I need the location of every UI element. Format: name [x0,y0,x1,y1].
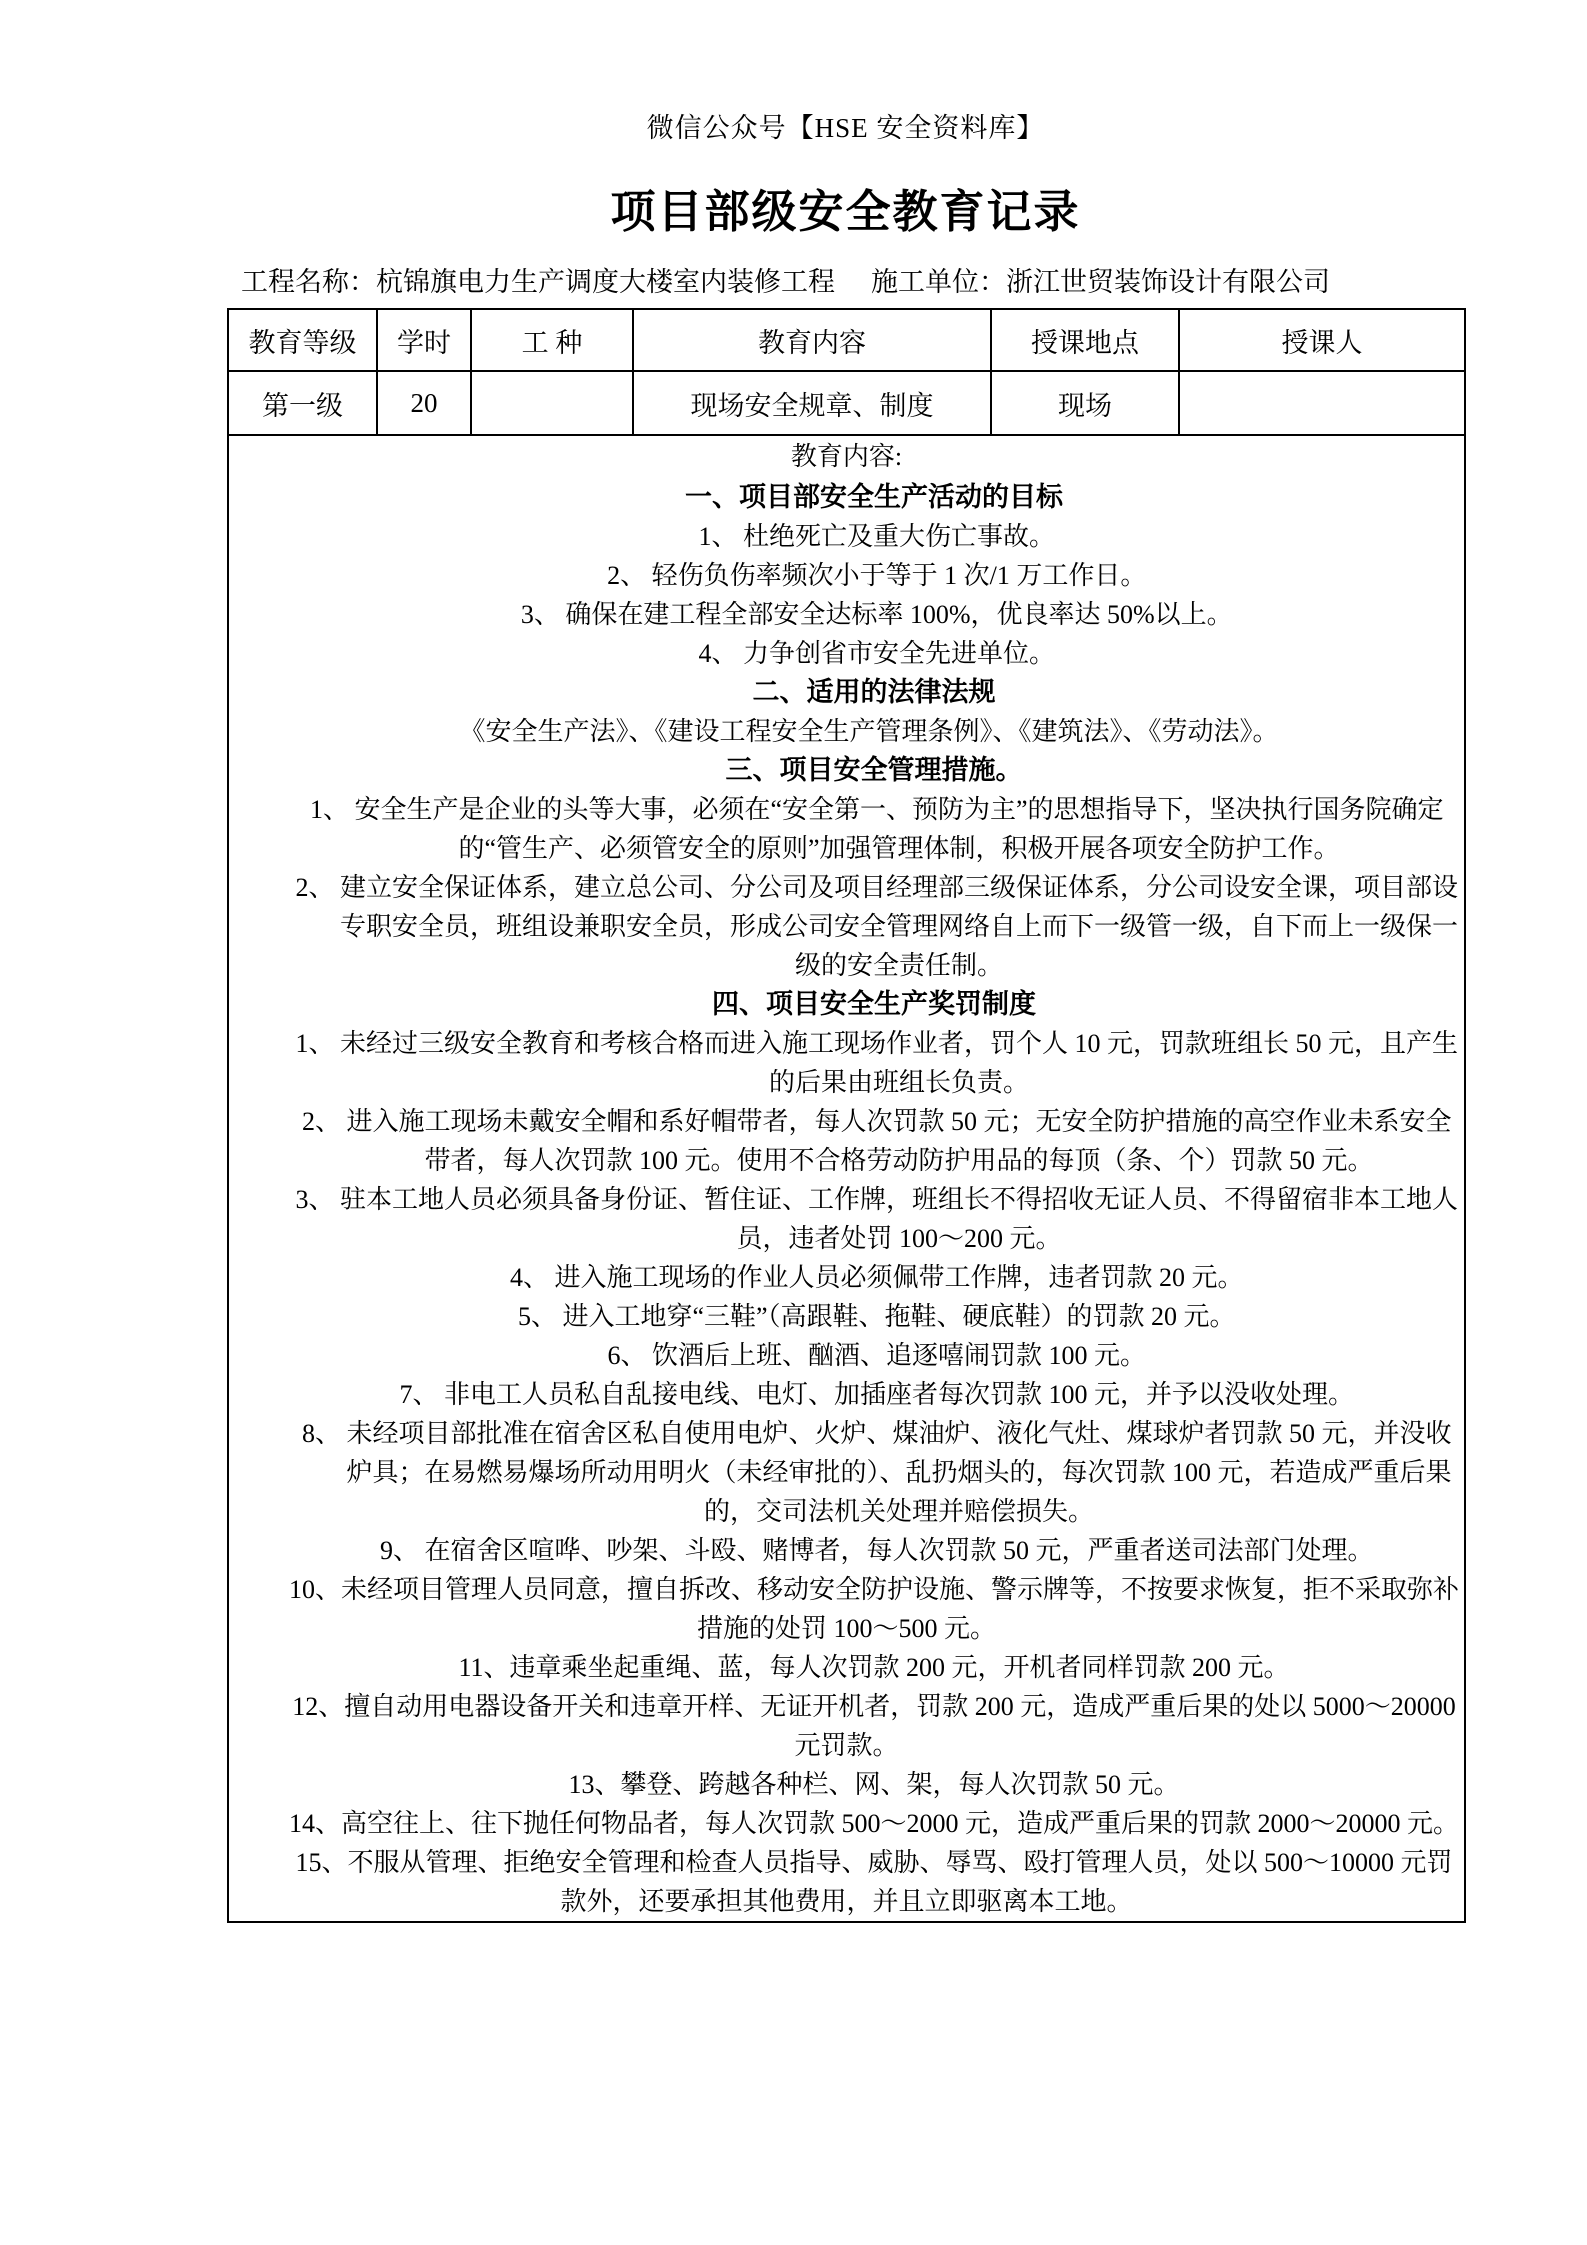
content-line: 8、未经项目部批准在宿舍区私自使用电炉、火炉、煤油炉、液化气灶、煤球炉者罚款 5… [229,1414,1464,1531]
content-line: 10、未经项目管理人员同意，擅自拆改、移动安全防护设施、警示牌等，不按要求恢复，… [229,1570,1464,1648]
content-line: 3、驻本工地人员必须具备身份证、暂住证、工作牌，班组长不得招收无证人员、不得留宿… [229,1180,1464,1258]
cell-lecturer [1179,371,1465,435]
content-line: 7、非电工人员私自乱接电线、电灯、加插座者每次罚款 100 元，并予以没收处理。 [229,1375,1464,1414]
col-header-work-type: 工 种 [471,309,633,371]
item-text: 未经过三级安全教育和考核合格而进入施工现场作业者，罚个人 10 元，罚款班组长 … [340,1029,1458,1097]
item-text: 驻本工地人员必须具备身份证、暂住证、工作牌，班组长不得招收无证人员、不得留宿非本… [340,1185,1458,1253]
content-line: 4、进入施工现场的作业人员必须佩带工作牌，违者罚款 20 元。 [229,1258,1464,1297]
content-line: 12、擅自动用电器设备开关和违章开样、无证开机者，罚款 200 元，造成严重后果… [229,1687,1464,1765]
content-section-heading: 一、项目部安全生产活动的目标 [284,478,1464,517]
content-line: 2、进入施工现场未戴安全帽和系好帽带者，每人次罚款 50 元；无安全防护措施的高… [229,1102,1464,1180]
item-number: 1、 [304,790,354,829]
table-value-row: 第一级 20 现场安全规章、制度 现场 [228,371,1465,435]
item-number: 3、 [515,595,565,634]
col-header-education-content: 教育内容 [633,309,991,371]
content-line: 1、杜绝死亡及重大伤亡事故。 [229,517,1464,556]
content-line: 4、力争创省市安全先进单位。 [229,634,1464,673]
item-text: 确保在建工程全部安全达标率 100%，优良率达 50%以上。 [565,600,1232,629]
item-text: 力争创省市安全先进单位。 [743,639,1055,668]
content-line: 3、确保在建工程全部安全达标率 100%，优良率达 50%以上。 [229,595,1464,634]
item-text: 在宿舍区喧哗、吵架、斗殴、赌博者，每人次罚款 50 元，严重者送司法部门处理。 [424,1536,1373,1565]
content-section-heading: 二、适用的法律法规 [284,673,1464,712]
project-info-line: 工程名称：杭锦旗电力生产调度大楼室内装修工程施工单位：浙江世贸装饰设计有限公司 [227,260,1464,299]
cell-lecture-place: 现场 [991,371,1179,435]
item-text: 非电工人员私自乱接电线、电灯、加插座者每次罚款 100 元，并予以没收处理。 [444,1380,1354,1409]
item-number: 9、 [374,1531,424,1570]
content-line: 14、高空往上、往下抛任何物品者，每人次罚款 500～2000 元，造成严重后果… [229,1804,1464,1843]
content-line: 6、饮酒后上班、酗酒、追逐嘻闹罚款 100 元。 [229,1336,1464,1375]
content-section-heading: 三、项目安全管理措施。 [284,751,1464,790]
item-number: 7、 [394,1375,444,1414]
content-line: 2、轻伤负伤率频次小于等于 1 次/1 万工作日。 [229,556,1464,595]
item-text: 饮酒后上班、酗酒、追逐嘻闹罚款 100 元。 [652,1341,1146,1370]
item-number: 3、 [290,1180,340,1219]
content-line: 2、建立安全保证体系，建立总公司、分公司及项目经理部三级保证体系，分公司设安全课… [229,868,1464,985]
col-header-education-level: 教育等级 [228,309,377,371]
education-record-table: 教育等级 学时 工 种 教育内容 授课地点 授课人 第一级 20 现场安全规章、… [227,308,1466,1923]
item-number: 8、 [296,1414,346,1453]
col-header-lecture-place: 授课地点 [991,309,1179,371]
content-line: 13、攀登、跨越各种栏、网、架，每人次罚款 50 元。 [229,1765,1464,1804]
cell-education-level: 第一级 [228,371,377,435]
item-text: 进入施工现场未戴安全帽和系好帽带者，每人次罚款 50 元；无安全防护措施的高空作… [346,1107,1451,1175]
item-number: 1、 [290,1024,340,1063]
item-text: 进入施工现场的作业人员必须佩带工作牌，违者罚款 20 元。 [554,1263,1243,1292]
cell-work-type [471,371,633,435]
project-name: 工程名称：杭锦旗电力生产调度大楼室内装修工程 [241,267,835,297]
document-page: 微信公众号【HSE 安全资料库】 项目部级安全教育记录 工程名称：杭锦旗电力生产… [0,0,1587,2245]
content-line: 1、安全生产是企业的头等大事，必须在“安全第一、预防为主”的思想指导下，坚决执行… [229,790,1464,868]
document-body: 微信公众号【HSE 安全资料库】 项目部级安全教育记录 工程名称：杭锦旗电力生产… [227,0,1464,1923]
item-number: 1、 [693,517,743,556]
education-content-cell: 教育内容: 一、项目部安全生产活动的目标1、杜绝死亡及重大伤亡事故。2、轻伤负伤… [228,435,1465,1922]
item-text: 进入工地穿“三鞋”（高跟鞋、拖鞋、硬底鞋）的罚款 20 元。 [562,1302,1235,1331]
item-number: 5、 [512,1297,562,1336]
item-number: 2、 [602,556,652,595]
construction-unit: 施工单位：浙江世贸装饰设计有限公司 [871,267,1330,297]
content-line: 11、违章乘坐起重绳、蓝，每人次罚款 200 元，开机者同样罚款 200 元。 [229,1648,1464,1687]
page-title: 项目部级安全教育记录 [227,175,1464,240]
item-text: 未经项目部批准在宿舍区私自使用电炉、火炉、煤油炉、液化气灶、煤球炉者罚款 50 … [346,1419,1451,1526]
item-number: 4、 [693,634,743,673]
item-text: 轻伤负伤率频次小于等于 1 次/1 万工作日。 [652,561,1147,590]
item-number: 2、 [296,1102,346,1141]
cell-class-hours: 20 [377,371,471,435]
item-number: 2、 [290,868,340,907]
item-number: 4、 [504,1258,554,1297]
content-line: 9、在宿舍区喧哗、吵架、斗殴、赌博者，每人次罚款 50 元，严重者送司法部门处理… [229,1531,1464,1570]
content-line: 15、不服从管理、拒绝安全管理和检查人员指导、威胁、辱骂、殴打管理人员，处以 5… [229,1843,1464,1921]
item-number: 6、 [602,1336,652,1375]
col-header-class-hours: 学时 [377,309,471,371]
content-blocks: 一、项目部安全生产活动的目标1、杜绝死亡及重大伤亡事故。2、轻伤负伤率频次小于等… [229,478,1464,1921]
content-line: 1、未经过三级安全教育和考核合格而进入施工现场作业者，罚个人 10 元，罚款班组… [229,1024,1464,1102]
content-line: 《安全生产法》、《建设工程安全生产管理条例》、《建筑法》、《劳动法》。 [274,712,1464,751]
item-text: 杜绝死亡及重大伤亡事故。 [743,522,1055,551]
content-line: 5、进入工地穿“三鞋”（高跟鞋、拖鞋、硬底鞋）的罚款 20 元。 [229,1297,1464,1336]
item-text: 安全生产是企业的头等大事，必须在“安全第一、预防为主”的思想指导下，坚决执行国务… [354,795,1443,863]
item-text: 建立安全保证体系，建立总公司、分公司及项目经理部三级保证体系，分公司设安全课，项… [340,873,1458,980]
wechat-watermark: 微信公众号【HSE 安全资料库】 [227,106,1464,145]
cell-education-content: 现场安全规章、制度 [633,371,991,435]
content-section-heading: 四、项目安全生产奖罚制度 [284,985,1464,1024]
content-label: 教育内容: [229,436,1464,478]
table-header-row: 教育等级 学时 工 种 教育内容 授课地点 授课人 [228,309,1465,371]
content-row: 教育内容: 一、项目部安全生产活动的目标1、杜绝死亡及重大伤亡事故。2、轻伤负伤… [228,435,1465,1922]
col-header-lecturer: 授课人 [1179,309,1465,371]
